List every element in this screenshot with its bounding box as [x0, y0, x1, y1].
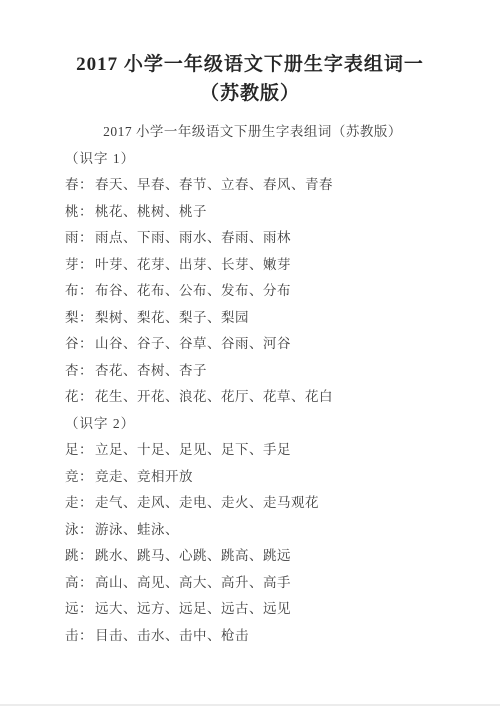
entry-character: 春： [65, 177, 93, 192]
entry-words: 目击、击水、击中、枪击 [95, 628, 249, 643]
entry-words: 立足、十足、足见、足下、手足 [95, 442, 291, 457]
document-body: 2017 小学一年级语文下册生字表组词（苏教版） （识字 1）春：春天、早春、春… [0, 119, 500, 649]
entry-row: 谷：山谷、谷子、谷草、谷雨、河谷 [65, 331, 440, 358]
entry-row: 桃：桃花、桃树、桃子 [65, 199, 440, 226]
document-title-line1: 2017 小学一年级语文下册生字表组词一 [76, 54, 424, 75]
entry-words: 山谷、谷子、谷草、谷雨、河谷 [95, 336, 291, 351]
entry-row: 梨：梨树、梨花、梨子、梨园 [65, 305, 440, 332]
entry-row: 芽：叶芽、花芽、出芽、长芽、嫩芽 [65, 252, 440, 279]
entry-character: 桃： [65, 204, 93, 219]
entry-character: 高： [65, 575, 93, 590]
entry-row: 布：布谷、花布、公布、发布、分布 [65, 278, 440, 305]
document-page: 2017 小学一年级语文下册生字表组词一 （苏教版） 2017 小学一年级语文下… [0, 0, 500, 706]
entry-character: 布： [65, 283, 93, 298]
entry-words: 走气、走风、走电、走火、走马观花 [95, 495, 319, 510]
entry-character: 花： [65, 389, 93, 404]
entry-words: 杏花、杏树、杏子 [95, 363, 207, 378]
entry-character: 梨： [65, 310, 93, 325]
entry-character: 谷： [65, 336, 93, 351]
entry-row: 远：远大、远方、远足、远古、远见 [65, 596, 440, 623]
sections-container: （识字 1）春：春天、早春、春节、立春、春风、青春桃：桃花、桃树、桃子雨：雨点、… [65, 146, 440, 650]
entry-character: 芽： [65, 257, 93, 272]
entry-words: 高山、高见、高大、高升、高手 [95, 575, 291, 590]
entry-words: 雨点、下雨、雨水、春雨、雨林 [95, 230, 291, 245]
entry-words: 竞走、竞相开放 [95, 469, 193, 484]
entry-words: 花生、开花、浪花、花厅、花草、花白 [95, 389, 333, 404]
entry-row: 杏：杏花、杏树、杏子 [65, 358, 440, 385]
section-label: （识字 1） [65, 146, 440, 173]
document-subtitle: 2017 小学一年级语文下册生字表组词（苏教版） [65, 119, 440, 146]
entry-words: 春天、早春、春节、立春、春风、青春 [95, 177, 333, 192]
entry-character: 泳： [65, 522, 93, 537]
document-title-line2: （苏教版） [200, 83, 300, 104]
entry-row: 跳：跳水、跳马、心跳、跳高、跳远 [65, 543, 440, 570]
entry-row: 竞：竞走、竞相开放 [65, 464, 440, 491]
entry-words: 布谷、花布、公布、发布、分布 [95, 283, 291, 298]
entry-words: 跳水、跳马、心跳、跳高、跳远 [95, 548, 291, 563]
entry-words: 桃花、桃树、桃子 [95, 204, 207, 219]
entry-row: 雨：雨点、下雨、雨水、春雨、雨林 [65, 225, 440, 252]
entry-row: 高：高山、高见、高大、高升、高手 [65, 570, 440, 597]
entry-character: 跳： [65, 548, 93, 563]
entry-row: 足：立足、十足、足见、足下、手足 [65, 437, 440, 464]
entry-row: 春：春天、早春、春节、立春、春风、青春 [65, 172, 440, 199]
entry-row: 泳：游泳、蛙泳、 [65, 517, 440, 544]
entry-character: 远： [65, 601, 93, 616]
entry-character: 击： [65, 628, 93, 643]
entry-words: 远大、远方、远足、远古、远见 [95, 601, 291, 616]
entry-words: 游泳、蛙泳、 [95, 522, 179, 537]
entry-character: 足： [65, 442, 93, 457]
entry-row: 走：走气、走风、走电、走火、走马观花 [65, 490, 440, 517]
entry-words: 叶芽、花芽、出芽、长芽、嫩芽 [95, 257, 291, 272]
entry-character: 雨： [65, 230, 93, 245]
entry-character: 走： [65, 495, 93, 510]
entry-character: 杏： [65, 363, 93, 378]
entry-row: 花：花生、开花、浪花、花厅、花草、花白 [65, 384, 440, 411]
section-label: （识字 2） [65, 411, 440, 438]
entry-words: 梨树、梨花、梨子、梨园 [95, 310, 249, 325]
entry-character: 竞： [65, 469, 93, 484]
document-title: 2017 小学一年级语文下册生字表组词一 （苏教版） [0, 0, 500, 108]
entry-row: 击：目击、击水、击中、枪击 [65, 623, 440, 650]
